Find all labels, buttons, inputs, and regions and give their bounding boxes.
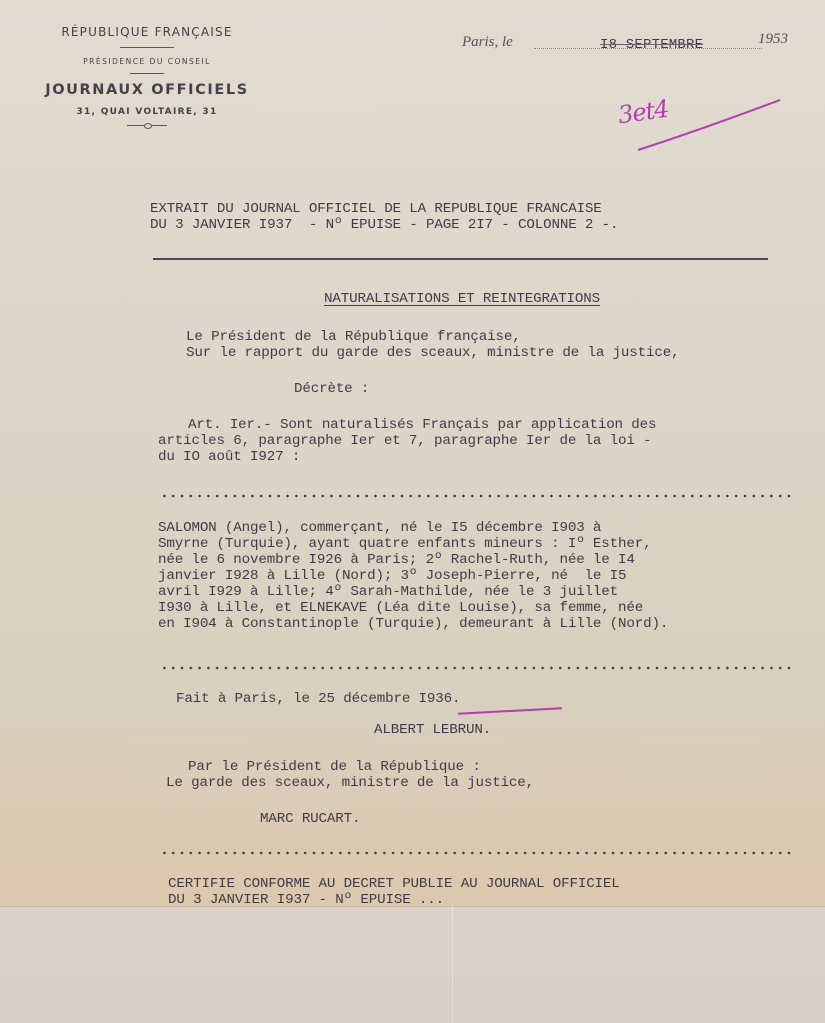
article-line-1: Art. Ier.- Sont naturalisés Français par… [188,418,656,432]
by-line-2: Le garde des sceaux, ministre de la just… [166,776,534,790]
document-title: NATURALISATIONS ET REINTEGRATIONS [324,292,600,306]
entry-line: avril I929 à Lille; 4º Sarah-Mathilde, n… [158,585,618,599]
place-date: Fait à Paris, le 25 décembre I936. [176,692,460,706]
fold-crease [452,906,453,1023]
folded-page-bottom [0,906,825,1023]
entry-line: en I904 à Constantinople (Turquie), deme… [158,617,668,631]
entry-line: Smyrne (Turquie), ayant quatre enfants m… [158,537,651,551]
entry-line: née le 6 novembre I926 à Paris; 2º Rache… [158,553,635,567]
entry-line: I930 à Lille, et ELNEKAVE (Léa dite Loui… [158,601,643,615]
minister-signature: MARC RUCART. [260,812,360,826]
president-signature: ALBERT LEBRUN. [374,723,491,737]
header-rule [153,258,768,260]
preamble-line-2: Sur le rapport du garde des sceaux, mini… [186,346,679,360]
entry-line: SALOMON (Angel), commerçant, né le I5 dé… [158,521,601,535]
article-line-2: articles 6, paragraphe Ier et 7, paragra… [158,434,651,448]
preamble-line-1: Le Président de la République française, [186,330,521,344]
article-line-3: du IO août I927 : [158,450,300,464]
entry-line: janvier I928 à Lille (Nord); 3º Joseph-P… [158,569,626,583]
certification-line-1: CERTIFIE CONFORME AU DECRET PUBLIE AU JO… [168,877,620,891]
handwritten-underline [0,0,825,200]
header-line-1: EXTRAIT DU JOURNAL OFFICIEL DE LA REPUBL… [150,202,602,216]
header-line-2: DU 3 JANVIER I937 - Nº EPUISE - PAGE 2I7… [150,218,618,232]
dotted-separator [160,851,792,855]
dotted-separator [160,494,792,498]
decree-label: Décrète : [294,382,369,396]
certification-line-2: DU 3 JANVIER I937 - Nº EPUISE ... [168,893,444,907]
dotted-separator [160,666,792,670]
by-line-1: Par le Président de la République : [188,760,481,774]
